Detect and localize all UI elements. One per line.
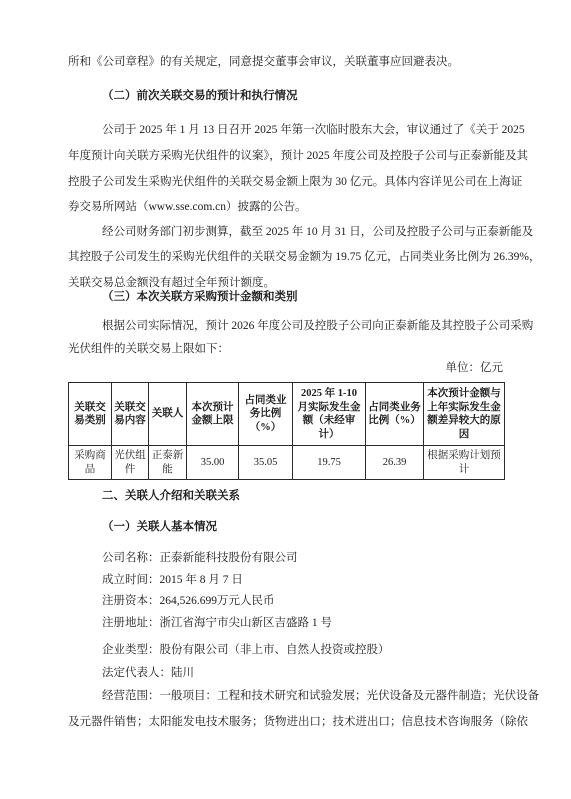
th-transaction-content: 关联交易内容 <box>112 383 149 446</box>
th-ratio-estimated: 占同类业务比例（%） <box>239 383 293 446</box>
para-estimate-line-2: 光伏组件的关联交易上限如下： <box>68 336 229 362</box>
th-related-party: 关联人 <box>149 383 187 446</box>
table-header-row: 关联交易类别 关联交易内容 关联人 本次预计金额上限 占同类业务比例（%） 20… <box>69 383 505 446</box>
cell-transaction-content: 光伏组件 <box>112 446 149 480</box>
th-actual-amount-2025: 2025 年 1-10 月实际发生金额（未经审计） <box>293 383 366 446</box>
th-estimated-cap: 本次预计金额上限 <box>187 383 239 446</box>
para-announcement-line-1: 公司于 2025 年 1 月 13 日召开 2025 年第一次临时股东大会，审议… <box>102 117 525 143</box>
para-announcement-line-2: 年度预计向关联方采购光伏组件的议案》，预计 2025 年度公司及控股子公司与正泰… <box>68 143 528 169</box>
para-actual-line-1: 经公司财务部门初步测算，截至 2025 年 10 月 31 日，公司及控股子公司… <box>102 219 533 245</box>
heading-previous-transactions: （二）前次关联交易的预计和执行情况 <box>102 83 298 109</box>
unit-label: 单位：亿元 <box>446 355 504 381</box>
cell-estimated-cap: 35.00 <box>187 446 239 480</box>
cell-related-party: 正泰新能 <box>149 446 187 480</box>
heading-related-party-intro: 二、关联人介绍和关联关系 <box>102 483 240 509</box>
related-transaction-table: 关联交易类别 关联交易内容 关联人 本次预计金额上限 占同类业务比例（%） 20… <box>68 382 505 480</box>
info-registered-address: 注册地址：浙江省海宁市尖山新区吉盛路 1 号 <box>102 610 332 636</box>
cell-actual-amount-2025: 19.75 <box>293 446 366 480</box>
cell-difference-reason: 根据采购计划预计 <box>424 446 505 480</box>
cell-ratio-actual: 26.39 <box>366 446 424 480</box>
table-row: 采购商品 光伏组件 正泰新能 35.00 35.05 19.75 26.39 根… <box>69 446 505 480</box>
para-approval-continuation: 所和《公司章程》的有关规定，同意提交董事会审议，关联董事应回避表决。 <box>68 49 459 75</box>
th-ratio-actual: 占同类业务比例（%） <box>366 383 424 446</box>
heading-basic-info: （一）关联人基本情况 <box>102 514 217 540</box>
th-difference-reason: 本次预计金额与上年实际发生金额差异较大的原因 <box>424 383 505 446</box>
para-announcement-line-4: 券交易所网站（www.sse.com.cn）披露的公告。 <box>68 194 307 220</box>
para-announcement-line-3: 控股子公司发生采购光伏组件的关联交易金额上限为 30 亿元。具体内容详见公司在上… <box>68 169 522 195</box>
para-actual-line-2: 其控股子公司发生的采购光伏组件的关联交易金额为 19.75 亿元，占同类业务比例… <box>68 244 540 270</box>
info-business-scope-line-2: 及元器件销售；太阳能发电技术服务；货物进出口；技术进出口；信息技术咨询服务（除依 <box>68 709 528 735</box>
cell-transaction-type: 采购商品 <box>69 446 112 480</box>
cell-ratio-estimated: 35.05 <box>239 446 293 480</box>
document-page: 所和《公司章程》的有关规定，同意提交董事会审议，关联董事应回避表决。 （二）前次… <box>0 0 571 799</box>
heading-current-estimate: （三）本次关联方采购预计金额和类别 <box>102 284 298 310</box>
th-transaction-type: 关联交易类别 <box>69 383 112 446</box>
info-business-scope-line-1: 经营范围：一般项目：工程和技术研究和试验发展；光伏设备及元器件制造；光伏设备 <box>102 683 539 709</box>
